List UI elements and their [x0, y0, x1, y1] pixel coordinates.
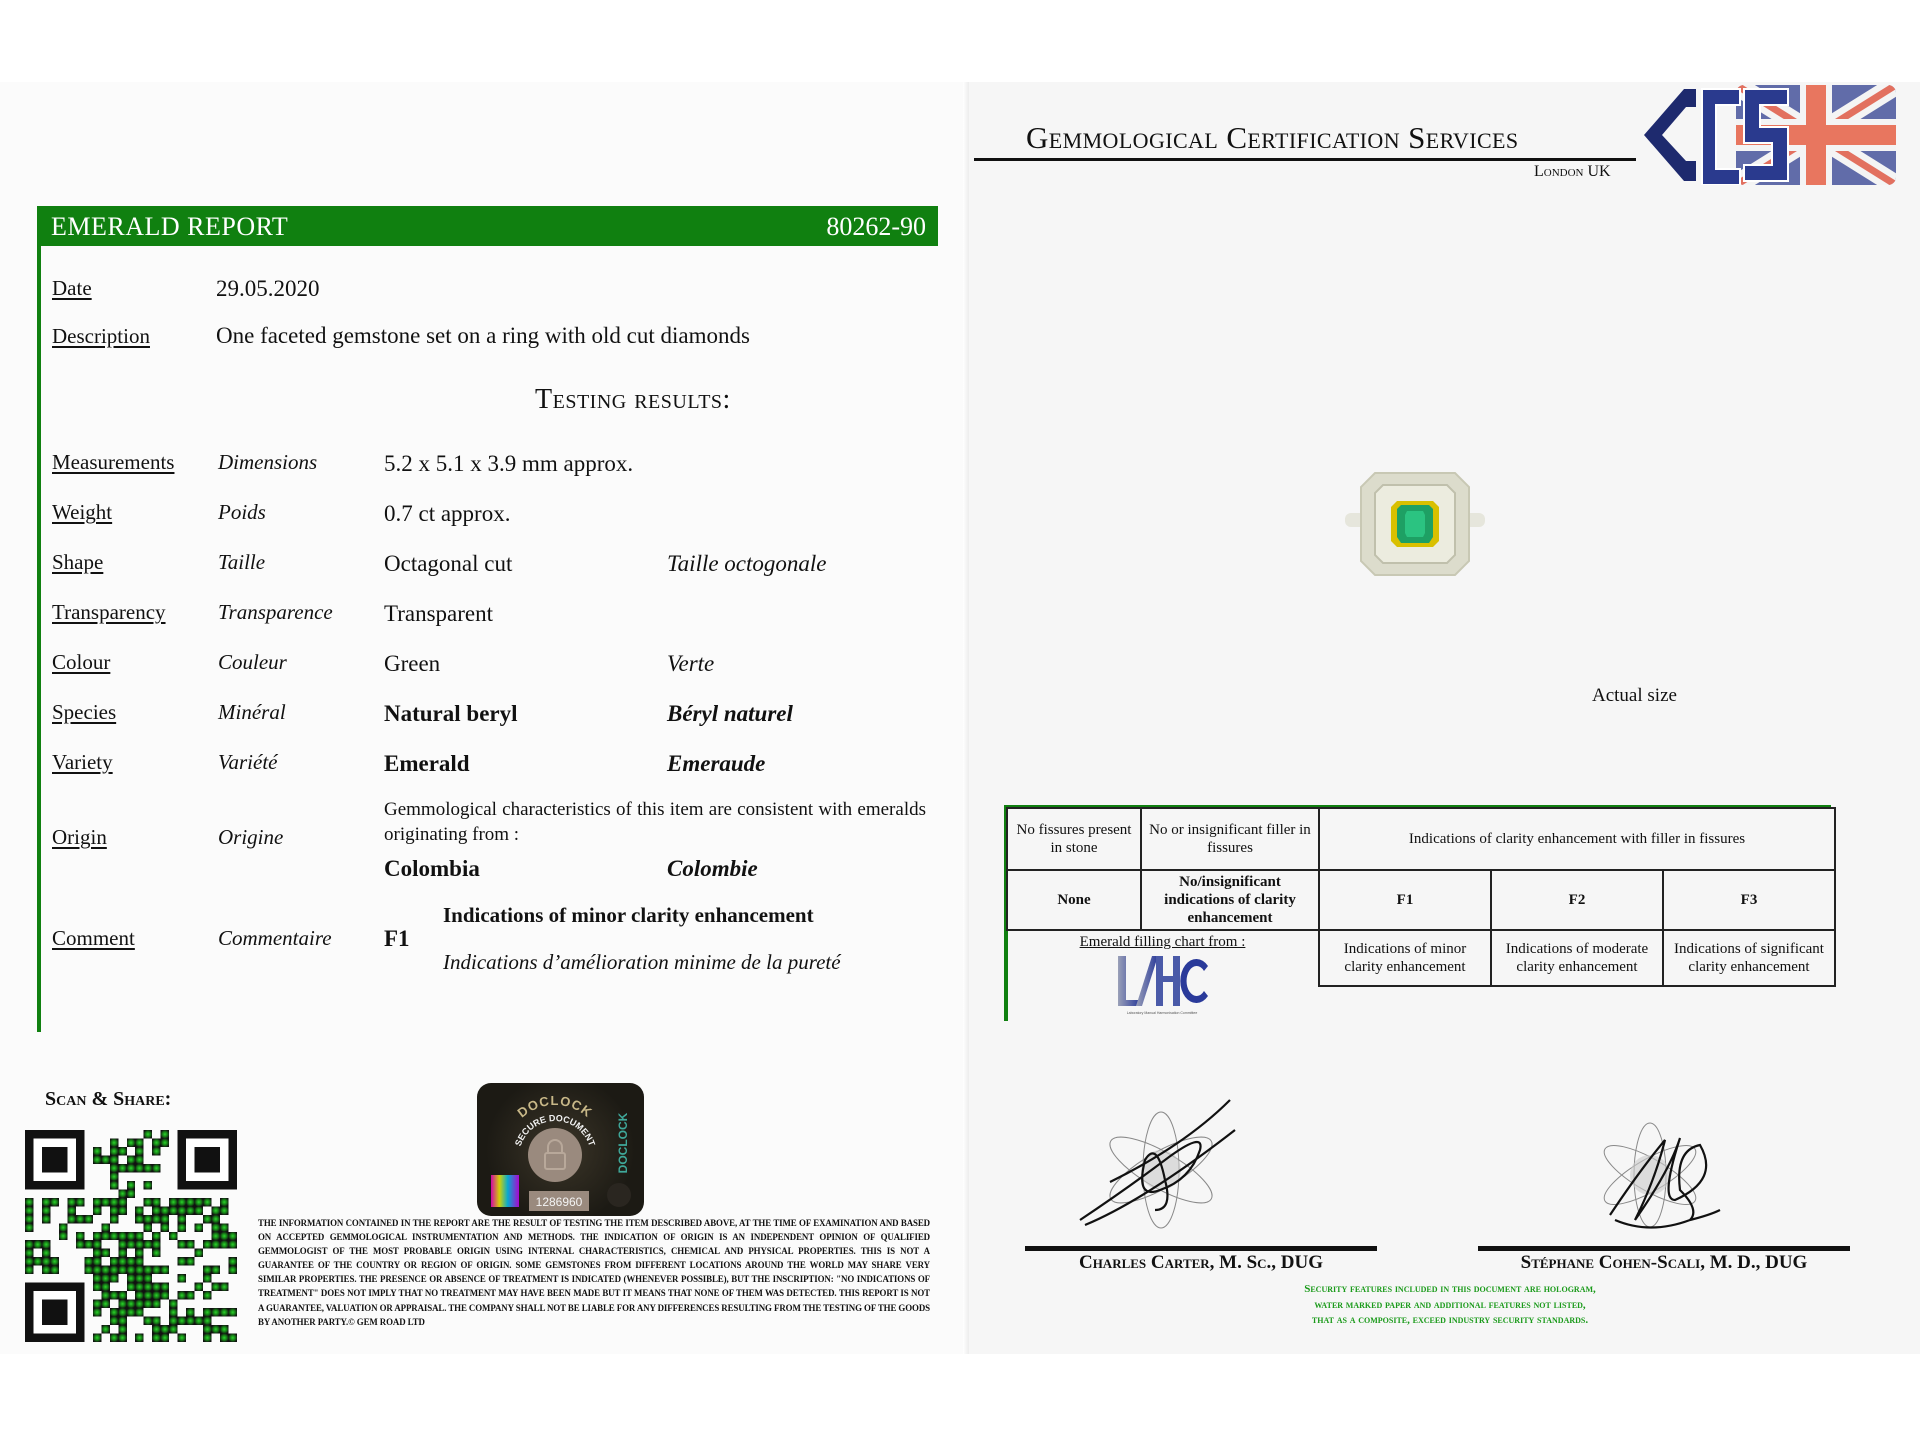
row-value: Natural beryl — [384, 701, 518, 727]
report-header-bar: EMERALD REPORT 80262-90 — [37, 206, 938, 246]
photo-caption: Actual size — [1592, 685, 1677, 707]
row-value: Emerald — [384, 751, 470, 777]
row-fr-label: Transparence — [218, 600, 333, 625]
row-fr-value: Verte — [667, 651, 714, 677]
ring-photo — [1345, 465, 1485, 580]
row-label: Species — [52, 700, 116, 725]
description-value: One faceted gemstone set on a ring with … — [216, 323, 750, 349]
description-cell: Indications of significant clarity enhan… — [1663, 930, 1835, 986]
row-label: Variety — [52, 750, 113, 775]
origin-fr-label: Origine — [218, 825, 283, 850]
grade-cell: None — [1007, 870, 1141, 930]
row-label: Transparency — [52, 600, 166, 625]
signature-line — [1478, 1246, 1850, 1251]
comment-fr-label: Commentaire — [218, 926, 332, 951]
row-fr-label: Variété — [218, 750, 277, 775]
row-fr-label: Poids — [218, 500, 266, 525]
signature-carter — [1065, 1090, 1305, 1240]
header-rule — [974, 158, 1636, 161]
row-value: Green — [384, 651, 440, 677]
security-note-line: Security features included in this docum… — [1150, 1282, 1750, 1298]
description-cell: Indications of minor clarity enhancement — [1319, 930, 1491, 986]
table-header-cell: Indications of clarity enhancement with … — [1319, 808, 1835, 870]
grade-cell: F2 — [1491, 870, 1663, 930]
date-label: Date — [52, 276, 92, 301]
security-note-line: that as a composite, exceed industry sec… — [1150, 1313, 1750, 1329]
row-fr-label: Minéral — [218, 700, 286, 725]
qr-code[interactable] — [25, 1130, 237, 1342]
origin-label: Origin — [52, 825, 107, 850]
testing-results-title: Testing results: — [535, 384, 731, 416]
page-gutter — [963, 82, 969, 1354]
table-header-cell: No or insignificant filler in fissures — [1141, 808, 1319, 870]
comment-value: Indications of minor clarity enhancement — [443, 903, 814, 928]
grade-cell: No/insignificant indications of clarity … — [1141, 870, 1319, 930]
lab-location: London UK — [1534, 163, 1611, 181]
doclock-hologram-seal: DOCLOCK SECURE DOCUMENT DOCLOCK 1286960 — [477, 1083, 644, 1216]
signatory-name: Charles Carter, M. Sc., DUG — [1025, 1252, 1377, 1274]
comment-grade: F1 — [384, 926, 410, 952]
date-value: 29.05.2020 — [216, 276, 320, 302]
origin-value: Colombia — [384, 856, 480, 882]
svg-text:Laboratory Manual Harmonisatio: Laboratory Manual Harmonisation Committe… — [1127, 1011, 1198, 1015]
row-value: Transparent — [384, 601, 493, 627]
row-fr-label: Taille — [218, 550, 265, 575]
grade-cell: F3 — [1663, 870, 1835, 930]
grade-cell: F1 — [1319, 870, 1491, 930]
row-fr-value: Taille octogonale — [667, 551, 827, 577]
lmhc-logo: Laboratory Manual Harmonisation Committe… — [1112, 952, 1212, 1018]
comment-label: Comment — [52, 926, 135, 951]
origin-statement: Gemmological characteristics of this ite… — [384, 797, 926, 847]
row-label: Weight — [52, 500, 112, 525]
lab-name: Gemmological Certification Services — [1026, 120, 1519, 156]
disclaimer-text: THE INFORMATION CONTAINED IN THE REPORT … — [258, 1216, 930, 1329]
gcs-logo — [1640, 85, 1896, 185]
security-note-line: water marked paper and additional featur… — [1150, 1298, 1750, 1314]
row-fr-label: Dimensions — [218, 450, 317, 475]
signature-cohen-scali — [1580, 1110, 1780, 1250]
table-header-cell: No fissures present in stone — [1007, 808, 1141, 870]
row-value: 0.7 ct approx. — [384, 501, 510, 527]
report-title: EMERALD REPORT — [51, 212, 288, 242]
row-fr-value: Emeraude — [667, 751, 765, 777]
svg-text:DOCLOCK: DOCLOCK — [616, 1112, 630, 1173]
row-label: Colour — [52, 650, 110, 675]
row-value: 5.2 x 5.1 x 3.9 mm approx. — [384, 451, 633, 477]
security-note: Security features included in this docum… — [1150, 1282, 1750, 1329]
seal-serial: 1286960 — [536, 1195, 583, 1209]
lock-disc — [528, 1128, 582, 1182]
row-label: Measurements — [52, 450, 174, 475]
row-label: Shape — [52, 550, 103, 575]
report-border — [37, 246, 41, 1032]
row-value: Octagonal cut — [384, 551, 512, 577]
origin-fr-value: Colombie — [667, 856, 758, 882]
description-cell: Indications of moderate clarity enhancem… — [1491, 930, 1663, 986]
row-fr-value: Béryl naturel — [667, 701, 793, 727]
signature-line — [1025, 1246, 1377, 1251]
report-number: 80262-90 — [826, 212, 926, 242]
scan-share-label: Scan & Share: — [45, 1088, 171, 1111]
description-label: Description — [52, 324, 150, 349]
comment-fr-value: Indications d’amélioration minime de la … — [443, 950, 841, 975]
row-fr-label: Couleur — [218, 650, 287, 675]
signatory-name: Stéphane Cohen-Scali, M. D., DUG — [1478, 1252, 1850, 1274]
